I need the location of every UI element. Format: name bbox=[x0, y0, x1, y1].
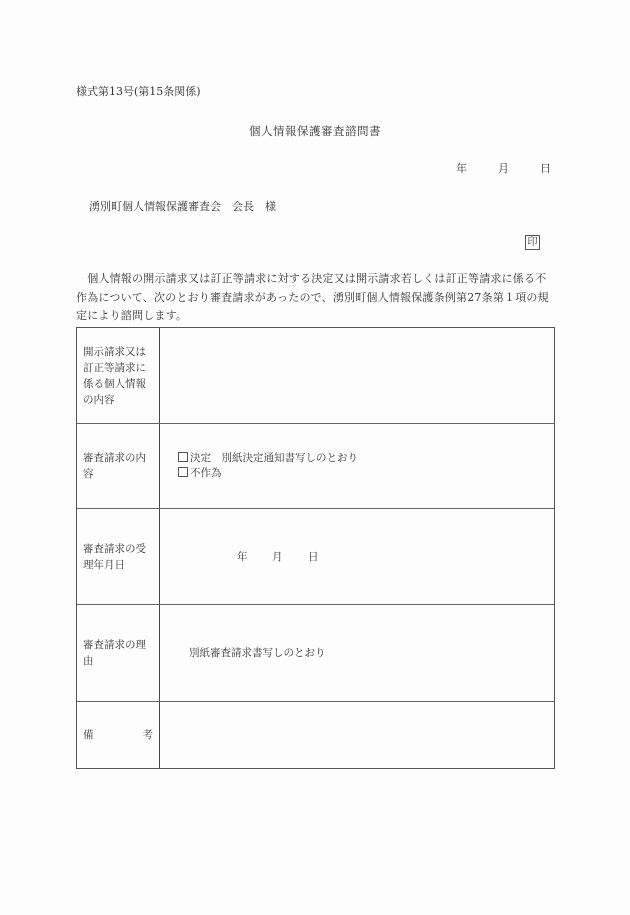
seal-mark: 印 bbox=[525, 235, 540, 250]
row-label: 審査請求の理 由 bbox=[77, 605, 160, 701]
row-label: 備 考 bbox=[77, 702, 160, 768]
table-row-receipt-date: 審査請求の受 理年月日 年 月 日 bbox=[77, 509, 554, 605]
document-title: 個人情報保護審査諮問書 bbox=[0, 123, 630, 139]
option-label: 決定 別紙決定通知書写しのとおり bbox=[190, 452, 358, 464]
table-row-reason: 審査請求の理 由 別紙審査請求書写しのとおり bbox=[77, 605, 554, 702]
request-content-value: 決定 別紙決定通知書写しのとおり 不作為 bbox=[160, 424, 554, 508]
date-year: 年 bbox=[237, 549, 248, 565]
label-line: 審査請求の理 bbox=[83, 637, 146, 653]
label-line: 理年月日 bbox=[83, 557, 146, 573]
addressee: 湧別町個人情報保護審査会 会長 様 bbox=[89, 198, 276, 214]
form-number: 様式第13号(第15条関係) bbox=[76, 83, 201, 99]
receipt-date-field[interactable]: 年 月 日 bbox=[160, 509, 554, 604]
label-line: 訂正等請求に bbox=[83, 360, 146, 376]
checkbox-icon[interactable] bbox=[178, 467, 188, 477]
label-line: 係る個人情報 bbox=[83, 376, 146, 392]
table-row-personal-info: 開示請求又は 訂正等請求に 係る個人情報 の内容 bbox=[77, 328, 554, 424]
date-day: 日 bbox=[308, 549, 319, 565]
row-label: 審査請求の受 理年月日 bbox=[77, 509, 160, 604]
table-row-request-content: 審査請求の内 容 決定 別紙決定通知書写しのとおり 不作為 bbox=[77, 424, 554, 509]
table-row-remarks: 備 考 bbox=[77, 702, 554, 768]
option-inaction[interactable]: 不作為 bbox=[178, 465, 222, 481]
intro-paragraph: 個人情報の開示請求又は訂正等請求に対する決定又は開示請求若しくは訂正等請求に係る… bbox=[76, 270, 556, 326]
label-part: 考 bbox=[143, 727, 154, 743]
option-decision[interactable]: 決定 別紙決定通知書写しのとおり bbox=[178, 450, 358, 466]
label-line: 審査請求の内 bbox=[83, 450, 146, 466]
label-line: 開示請求又は bbox=[83, 344, 146, 360]
remarks-field[interactable] bbox=[160, 702, 554, 768]
date-month: 月 bbox=[272, 549, 283, 565]
row-label: 開示請求又は 訂正等請求に 係る個人情報 の内容 bbox=[77, 328, 160, 423]
date-day: 日 bbox=[540, 160, 551, 176]
label-line: の内容 bbox=[83, 392, 146, 408]
label-part: 備 bbox=[83, 727, 94, 743]
label-line: 由 bbox=[83, 653, 146, 669]
date-month: 月 bbox=[498, 160, 509, 176]
submission-date: 年 月 日 bbox=[456, 160, 551, 176]
date-year: 年 bbox=[456, 160, 467, 176]
inquiry-table: 開示請求又は 訂正等請求に 係る個人情報 の内容 審査請求の内 容 決定 別紙決… bbox=[76, 327, 555, 769]
label-line: 容 bbox=[83, 466, 146, 482]
label-line: 審査請求の受 bbox=[83, 541, 146, 557]
option-label: 不作為 bbox=[190, 467, 222, 479]
checkbox-icon[interactable] bbox=[178, 452, 188, 462]
reason-text: 別紙審査請求書写しのとおり bbox=[189, 645, 326, 661]
reason-field[interactable]: 別紙審査請求書写しのとおり bbox=[160, 605, 554, 701]
personal-info-field[interactable] bbox=[160, 328, 554, 423]
row-label: 審査請求の内 容 bbox=[77, 424, 160, 508]
